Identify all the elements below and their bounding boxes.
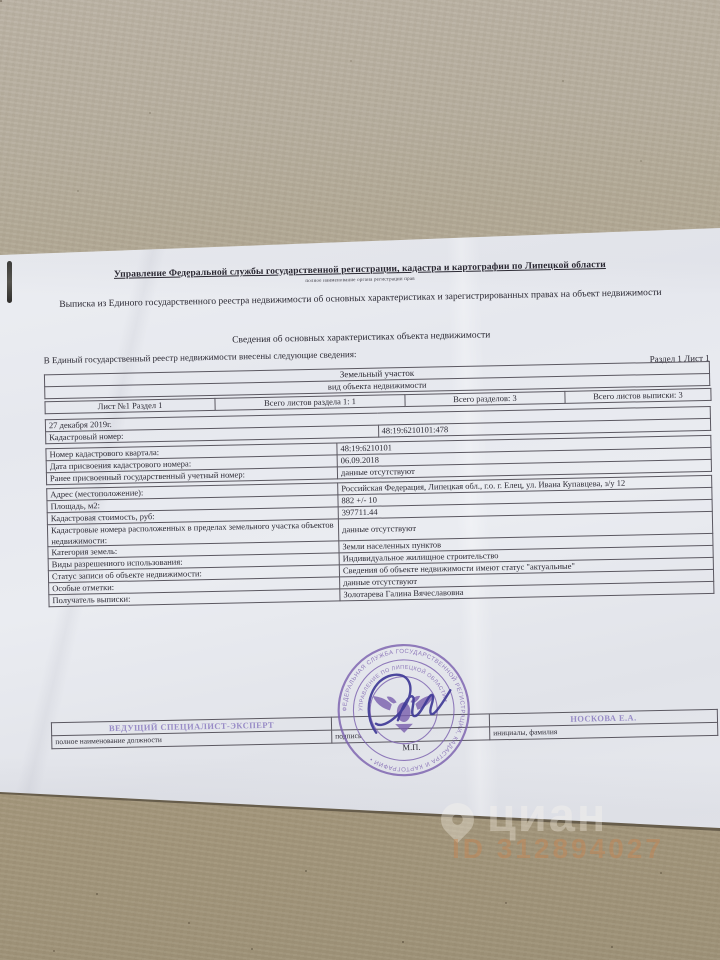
document-content: Управление Федеральной службы государств…	[0, 218, 720, 837]
attribute-block-table: Адрес (местоположение):Российская Федера…	[46, 475, 714, 607]
intro-line: В Единый государственный реестр недвижим…	[44, 349, 357, 365]
document-subtitle: Сведения об основных характеристиках объ…	[16, 326, 706, 350]
sheet-info-cell: Всего листов выписки: 3	[565, 388, 711, 403]
document-paper: Управление Федеральной службы государств…	[0, 225, 720, 830]
photo-of-document: Управление Федеральной службы государств…	[0, 0, 720, 960]
attributes-tables: 27 декабря 2019г.Кадастровый номер:48:19…	[45, 406, 715, 607]
watermark-listing-id: ID 312894027	[452, 833, 664, 865]
surface-speckles	[0, 0, 2, 2]
sheet-info-cell: Лист №1 Раздел 1	[45, 398, 215, 413]
sheet-info-cell: Всего листов раздела 1: 1	[215, 395, 405, 411]
handwritten-signature	[351, 665, 473, 745]
document-title: Выписка из Единого государственного реес…	[15, 287, 705, 311]
sheet-info-cell: Всего разделов: 3	[405, 391, 565, 406]
